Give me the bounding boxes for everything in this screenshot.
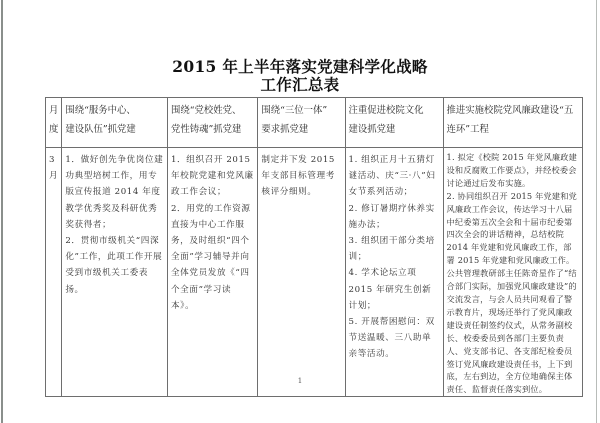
cell-paragraph: 制定并下发 2015 年支部目标管理考核评分细则。 [261,152,341,201]
cell-service-center: 1．做好创先争优岗位建功典型培树工作，用专版宣传报道 2014 年度教学优秀奖及… [62,148,168,397]
document-title-line2: 工作汇总表 [0,73,600,95]
header-integrity: 推进实施校院党风廉政建设“五 连环”工程 [443,98,582,148]
header-month-line1: 月 [49,101,58,120]
header-line2: 建设抓党建 [349,120,440,139]
header-party-school: 围绕“党校姓党、 党性铸魂”抓党建 [167,98,257,148]
page-number: 1 [0,377,600,385]
header-culture: 注重促进校院文化 建设抓党建 [345,98,443,148]
header-month-line2: 度 [49,120,58,139]
header-line1: 围绕“服务中心、 [65,101,164,120]
header-month: 月 度 [46,98,62,148]
cell-party-school: 1．组织召开 2015 年校院党建和党风廉政工作会议； 2．用党的工作资源直接为… [167,148,257,397]
work-summary-table: 月 度 围绕“服务中心、 建设队伍”抓党建 围绕“党校姓党、 党性铸魂”抓党建 … [45,97,583,397]
cell-paragraph: 1. 组织正月十五猜灯谜活动、庆“三·八”妇女节系列活动； [349,152,440,201]
cell-paragraph: 2．贯彻市级机关“四深化”工作，此项工作开展受到市级机关工委表扬。 [65,233,164,298]
header-line1: 推进实施校院党风廉政建设“五 [447,101,579,120]
header-line1: 围绕“党校姓党、 [171,101,254,120]
cell-culture: 1. 组织正月十五猜灯谜活动、庆“三·八”妇女节系列活动； 2. 修订暑期疗休养… [345,148,443,397]
header-line1: 围绕“三位一体” [261,101,341,120]
cell-paragraph: 2．用党的工作资源直接为中心工作服务，及时组织“四个全面”学习辅导并向全体党员发… [171,201,254,314]
table-header-row: 月 度 围绕“服务中心、 建设队伍”抓党建 围绕“党校姓党、 党性铸魂”抓党建 … [46,98,583,148]
cell-paragraph: 2. 修订暑期疗休养实施办法； [349,201,440,233]
header-line1: 注重促进校院文化 [349,101,440,120]
header-three-in-one: 围绕“三位一体” 要求抓党建 [258,98,345,148]
cell-integrity: 1. 拟定《校院 2015 年党风廉政建设和反腐败工作要点》，并经校委会讨论通过… [443,148,582,397]
header-line2: 要求抓党建 [261,120,341,139]
header-line2: 建设队伍”抓党建 [65,120,164,139]
cell-paragraph: 5. 开展帮困慰问：双节送温暖、三八助单亲等活动。 [349,314,440,363]
cell-paragraph: 3. 组织团干部分类培训； [349,233,440,265]
cell-paragraph: 1. 拟定《校院 2015 年党风廉政建设和反腐败工作要点》，并经校委会讨论通过… [447,151,579,190]
cell-paragraph: 4. 学术论坛立项 2015 年研究生创新计划； [349,265,440,314]
table-row: 3月 1．做好创先争优岗位建功典型培树工作，用专版宣传报道 2014 年度教学优… [46,148,583,397]
cell-month: 3月 [46,148,62,397]
cell-three-in-one: 制定并下发 2015 年支部目标管理考核评分细则。 [258,148,345,397]
cell-paragraph: 1．做好创先争优岗位建功典型培树工作，用专版宣传报道 2014 年度教学优秀奖及… [65,152,164,233]
cell-paragraph: 1．组织召开 2015 年校院党建和党风廉政工作会议； [171,152,254,201]
header-line2: 连环”工程 [447,120,579,139]
header-line2: 党性铸魂”抓党建 [171,120,254,139]
header-service-center: 围绕“服务中心、 建设队伍”抓党建 [62,98,168,148]
cell-paragraph: 2. 协同组织召开 2015 年党建和党风廉政工作会议，传达学习十八届中纪委第五… [447,190,579,397]
